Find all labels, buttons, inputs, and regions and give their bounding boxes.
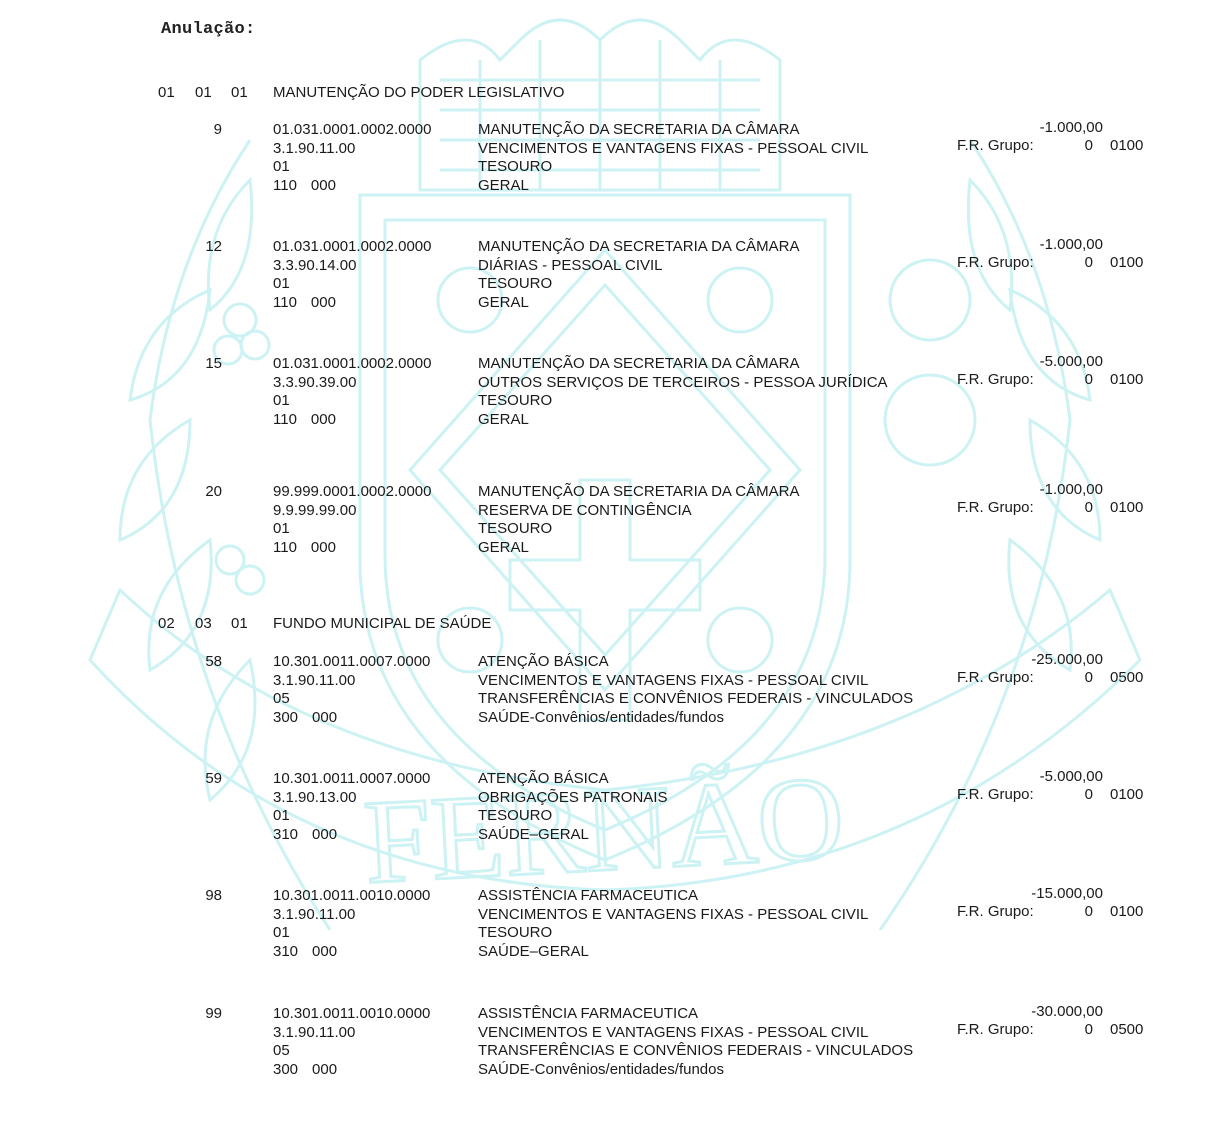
fr-code: 0100 xyxy=(1110,903,1143,921)
expense-description: VENCIMENTOS E VANTAGENS FIXAS - PESSOAL … xyxy=(478,672,868,690)
functional-code: 10.301.0011.0007.0000 xyxy=(273,770,430,788)
application-code: 310000 xyxy=(273,826,337,844)
subunit-code: 01 xyxy=(231,615,248,633)
source-code: 01 xyxy=(273,520,290,538)
amount: -1.000,00 xyxy=(980,119,1103,137)
nature-code: 3.1.90.11.00 xyxy=(273,140,355,158)
page-title: Anulação: xyxy=(161,20,256,39)
entry-number: 9 xyxy=(170,121,222,139)
application-code: 300000 xyxy=(273,709,337,727)
action-description: MANUTENÇÃO DA SECRETARIA DA CÂMARA xyxy=(478,238,799,256)
fr-group-label: F.R. Grupo: xyxy=(957,903,1034,921)
application-code: 110000 xyxy=(273,411,336,429)
application-description: GERAL xyxy=(478,539,529,557)
fr-code: 0100 xyxy=(1110,137,1143,155)
entry-number: 12 xyxy=(170,238,222,256)
action-description: MANUTENÇÃO DA SECRETARIA DA CÂMARA xyxy=(478,355,799,373)
expense-description: VENCIMENTOS E VANTAGENS FIXAS - PESSOAL … xyxy=(478,906,868,924)
nature-code: 3.1.90.11.00 xyxy=(273,1024,355,1042)
budget-entry: 12 01.031.0001.0002.0000 3.3.90.14.00 01… xyxy=(0,238,1230,318)
fr-group-label: F.R. Grupo: xyxy=(957,669,1034,687)
fr-code: 0500 xyxy=(1110,669,1143,687)
action-description: ATENÇÃO BÁSICA xyxy=(478,770,609,788)
unit-code: 01 xyxy=(195,84,212,102)
source-code: 05 xyxy=(273,1042,290,1060)
application-description: GERAL xyxy=(478,177,529,195)
fr-code: 0100 xyxy=(1110,786,1143,804)
application-description: GERAL xyxy=(478,411,529,429)
nature-code: 3.1.90.11.00 xyxy=(273,906,355,924)
entry-number: 98 xyxy=(170,887,222,905)
amount: -5.000,00 xyxy=(980,353,1103,371)
expense-description: OBRIGAÇÕES PATRONAIS xyxy=(478,789,667,807)
fr-group-label: F.R. Grupo: xyxy=(957,1021,1034,1039)
subunit-code: 01 xyxy=(231,84,248,102)
nature-code: 9.9.99.99.00 xyxy=(273,502,356,520)
nature-code: 3.1.90.11.00 xyxy=(273,672,355,690)
budget-entry: 9 01.031.0001.0002.0000 3.1.90.11.00 01 … xyxy=(0,121,1230,201)
amount: -15.000,00 xyxy=(980,885,1103,903)
fr-group-label: F.R. Grupo: xyxy=(957,254,1034,272)
application-code: 300000 xyxy=(273,1061,337,1079)
amount: -5.000,00 xyxy=(980,768,1103,786)
functional-code: 99.999.0001.0002.0000 xyxy=(273,483,432,501)
source-description: TRANSFERÊNCIAS E CONVÊNIOS FEDERAIS - VI… xyxy=(478,1042,913,1060)
fr-code: 0100 xyxy=(1110,371,1143,389)
budget-entry: 58 10.301.0011.0007.0000 3.1.90.11.00 05… xyxy=(0,653,1230,733)
fr-group-value: 0 xyxy=(1060,786,1093,804)
application-code: 310000 xyxy=(273,943,337,961)
fr-code: 0500 xyxy=(1110,1021,1143,1039)
budget-entry: 99 10.301.0011.0010.0000 3.1.90.11.00 05… xyxy=(0,1005,1230,1085)
fr-group-value: 0 xyxy=(1060,499,1093,517)
application-code: 110000 xyxy=(273,539,336,557)
functional-code: 10.301.0011.0007.0000 xyxy=(273,653,430,671)
fr-group-label: F.R. Grupo: xyxy=(957,786,1034,804)
source-code: 01 xyxy=(273,924,290,942)
entry-number: 99 xyxy=(170,1005,222,1023)
expense-description: OUTROS SERVIÇOS DE TERCEIROS - PESSOA JU… xyxy=(478,374,888,392)
action-description: MANUTENÇÃO DA SECRETARIA DA CÂMARA xyxy=(478,483,799,501)
expense-description: DIÁRIAS - PESSOAL CIVIL xyxy=(478,257,663,275)
application-description: SAÚDE–GERAL xyxy=(478,826,589,844)
fr-code: 0100 xyxy=(1110,254,1143,272)
expense-description: VENCIMENTOS E VANTAGENS FIXAS - PESSOAL … xyxy=(478,1024,868,1042)
amount: -1.000,00 xyxy=(980,481,1103,499)
expense-description: VENCIMENTOS E VANTAGENS FIXAS - PESSOAL … xyxy=(478,140,868,158)
fr-group-value: 0 xyxy=(1060,1021,1093,1039)
functional-code: 01.031.0001.0002.0000 xyxy=(273,355,432,373)
fr-group-value: 0 xyxy=(1060,669,1093,687)
org-unit-description: FUNDO MUNICIPAL DE SAÚDE xyxy=(273,615,491,633)
action-description: ASSISTÊNCIA FARMACEUTICA xyxy=(478,1005,698,1023)
source-description: TESOURO xyxy=(478,158,552,176)
budget-entry: 98 10.301.0011.0010.0000 3.1.90.11.00 01… xyxy=(0,887,1230,967)
source-code: 01 xyxy=(273,158,290,176)
org-code: 02 xyxy=(158,615,175,633)
application-description: SAÚDE-Convênios/entidades/fundos xyxy=(478,1061,724,1079)
source-code: 01 xyxy=(273,392,290,410)
nature-code: 3.3.90.14.00 xyxy=(273,257,356,275)
action-description: ATENÇÃO BÁSICA xyxy=(478,653,609,671)
budget-entry: 15 01.031.0001.0002.0000 3.3.90.39.00 01… xyxy=(0,355,1230,435)
action-description: MANUTENÇÃO DA SECRETARIA DA CÂMARA xyxy=(478,121,799,139)
amount: -1.000,00 xyxy=(980,236,1103,254)
fr-group-label: F.R. Grupo: xyxy=(957,137,1034,155)
application-code: 110000 xyxy=(273,294,336,312)
fr-group-value: 0 xyxy=(1060,903,1093,921)
budget-entry: 59 10.301.0011.0007.0000 3.1.90.13.00 01… xyxy=(0,770,1230,850)
source-code: 01 xyxy=(273,807,290,825)
unit-code: 03 xyxy=(195,615,212,633)
budget-entry: 20 99.999.0001.0002.0000 9.9.99.99.00 01… xyxy=(0,483,1230,563)
source-description: TRANSFERÊNCIAS E CONVÊNIOS FEDERAIS - VI… xyxy=(478,690,913,708)
nature-code: 3.1.90.13.00 xyxy=(273,789,356,807)
fr-group-value: 0 xyxy=(1060,371,1093,389)
action-description: ASSISTÊNCIA FARMACEUTICA xyxy=(478,887,698,905)
application-code: 110000 xyxy=(273,177,336,195)
entry-number: 15 xyxy=(170,355,222,373)
source-description: TESOURO xyxy=(478,392,552,410)
entry-number: 59 xyxy=(170,770,222,788)
org-unit-description: MANUTENÇÃO DO PODER LEGISLATIVO xyxy=(273,84,564,102)
functional-code: 10.301.0011.0010.0000 xyxy=(273,1005,430,1023)
source-code: 01 xyxy=(273,275,290,293)
fr-group-value: 0 xyxy=(1060,137,1093,155)
org-code: 01 xyxy=(158,84,175,102)
entry-number: 20 xyxy=(170,483,222,501)
fr-group-value: 0 xyxy=(1060,254,1093,272)
application-description: SAÚDE–GERAL xyxy=(478,943,589,961)
functional-code: 01.031.0001.0002.0000 xyxy=(273,121,432,139)
source-description: TESOURO xyxy=(478,807,552,825)
entry-number: 58 xyxy=(170,653,222,671)
functional-code: 01.031.0001.0002.0000 xyxy=(273,238,432,256)
source-code: 05 xyxy=(273,690,290,708)
amount: -30.000,00 xyxy=(980,1003,1103,1021)
amount: -25.000,00 xyxy=(980,651,1103,669)
application-description: SAÚDE-Convênios/entidades/fundos xyxy=(478,709,724,727)
source-description: TESOURO xyxy=(478,520,552,538)
source-description: TESOURO xyxy=(478,275,552,293)
source-description: TESOURO xyxy=(478,924,552,942)
application-description: GERAL xyxy=(478,294,529,312)
fr-group-label: F.R. Grupo: xyxy=(957,499,1034,517)
fr-code: 0100 xyxy=(1110,499,1143,517)
nature-code: 3.3.90.39.00 xyxy=(273,374,356,392)
fr-group-label: F.R. Grupo: xyxy=(957,371,1034,389)
expense-description: RESERVA DE CONTINGÊNCIA xyxy=(478,502,692,520)
functional-code: 10.301.0011.0010.0000 xyxy=(273,887,430,905)
